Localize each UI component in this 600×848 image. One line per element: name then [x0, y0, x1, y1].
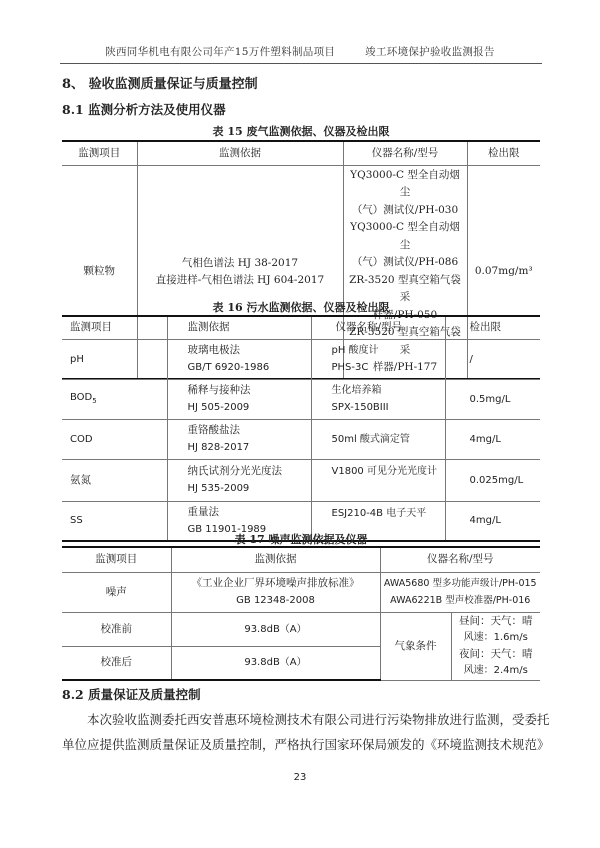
header-rule [60, 63, 542, 64]
weather-label: 气象条件 [380, 612, 451, 680]
calibration-before-label: 校准前 [62, 612, 171, 646]
weather-values: 昼间：天气：晴 风速：1.6m/s 夜间：天气：晴 风速：2.4m/s [451, 612, 540, 680]
calibration-before-value: 93.8dB（A） [171, 612, 380, 646]
basis-cell: 重铬酸盐法 HJ 828-2017 [167, 419, 311, 459]
basis-cell: 纳氏试剂分光光度法 HJ 535-2009 [167, 459, 311, 501]
subsection-heading-8-1: 8.1 监测分析方法及使用仪器 [62, 100, 226, 118]
table15-col-limit: 检出限 [467, 141, 540, 165]
table-row: BOD5 稀释与接种法 HJ 505-2009 生化培养箱 SPX-150BII… [62, 379, 540, 419]
table-row: 噪声 《工业企业厂界环境噪声排放标准》 GB 12348-2008 AWA568… [62, 572, 540, 612]
calibration-after-value: 93.8dB（A） [171, 646, 380, 680]
header-report-title: 竣工环境保护验收监测报告 [365, 44, 495, 59]
basis-cell: 稀释与接种法 HJ 505-2009 [167, 379, 311, 419]
running-header: 陕西同华机电有限公司年产15万件塑料制品项目竣工环境保护验收监测报告 [0, 44, 600, 59]
table15-col-item: 监测项目 [62, 141, 137, 165]
calibration-after-label: 校准后 [62, 646, 171, 680]
instrument-cell: pH 酸度计 PHS-3C [311, 339, 445, 379]
limit-cell: 0.025mg/L [445, 459, 540, 501]
item-cell: pH [62, 339, 167, 379]
table16-col-instrument: 仪器名称/型号 [311, 316, 445, 339]
header-project-title: 陕西同华机电有限公司年产15万件塑料制品项目 [105, 44, 335, 59]
instrument-cell: V1800 可见分光光度计 [311, 459, 445, 501]
basis-cell: 玻璃电极法 GB/T 6920-1986 [167, 339, 311, 379]
table15-header-row: 监测项目 监测依据 仪器名称/型号 检出限 [62, 141, 540, 165]
instrument-cell: AWA5680 型多功能声级计/PH-015 AWA6221B 型声校准器/PH… [380, 572, 540, 612]
item-cell: 噪声 [62, 572, 171, 612]
item-cell: BOD5 [62, 379, 167, 419]
limit-cell: 4mg/L [445, 419, 540, 459]
table17-header-row: 监测项目 监测依据 仪器名称/型号 [62, 547, 540, 572]
limit-cell: 0.5mg/L [445, 379, 540, 419]
instrument-cell: 生化培养箱 SPX-150BIII [311, 379, 445, 419]
table17-caption: 表 17 噪声监测依据及仪器 [62, 531, 540, 547]
table16-col-item: 监测项目 [62, 316, 167, 339]
instrument-cell: 50ml 酸式滴定管 [311, 419, 445, 459]
subsection-heading-8-2: 8.2 质量保证及质量控制 [62, 685, 201, 703]
item-cell: COD [62, 419, 167, 459]
table15-col-instrument: 仪器名称/型号 [343, 141, 467, 165]
page-number: 23 [0, 772, 600, 783]
table17-col-instrument: 仪器名称/型号 [380, 547, 540, 572]
table16-waste-water: 监测项目 监测依据 仪器名称/型号 检出限 pH 玻璃电极法 GB/T 6920… [62, 315, 540, 542]
table16-caption: 表 16 污水监测依据、仪器及检出限 [62, 299, 540, 315]
table15-caption: 表 15 废气监测依据、仪器及检出限 [62, 123, 540, 139]
table-row: 氨氮 纳氏试剂分光光度法 HJ 535-2009 V1800 可见分光光度计 0… [62, 459, 540, 501]
table17-noise: 监测项目 监测依据 仪器名称/型号 噪声 《工业企业厂界环境噪声排放标准》 GB… [62, 546, 540, 681]
table17-col-item: 监测项目 [62, 547, 171, 572]
limit-cell: / [445, 339, 540, 379]
table-row: 校准前 93.8dB（A） 气象条件 昼间：天气：晴 风速：1.6m/s 夜间：… [62, 612, 540, 646]
item-cell: 氨氮 [62, 459, 167, 501]
table16-header-row: 监测项目 监测依据 仪器名称/型号 检出限 [62, 316, 540, 339]
paragraph-line-2: 单位应提供监测质量保证及质量控制，严格执行国家环保局颁发的《环境监测技术规范》 [62, 732, 540, 757]
paragraph-line-1: 本次验收监测委托西安普惠环境检测技术有限公司进行污染物排放进行监测，受委托 [62, 707, 540, 732]
table-row: pH 玻璃电极法 GB/T 6920-1986 pH 酸度计 PHS-3C / [62, 339, 540, 379]
section-heading: 8、 验收监测质量保证与质量控制 [62, 73, 258, 92]
table16-col-basis: 监测依据 [167, 316, 311, 339]
table16-col-limit: 检出限 [445, 316, 540, 339]
table15-col-basis: 监测依据 [137, 141, 343, 165]
table17-col-basis: 监测依据 [171, 547, 380, 572]
table-row: COD 重铬酸盐法 HJ 828-2017 50ml 酸式滴定管 4mg/L [62, 419, 540, 459]
basis-cell: 《工业企业厂界环境噪声排放标准》 GB 12348-2008 [171, 572, 380, 612]
